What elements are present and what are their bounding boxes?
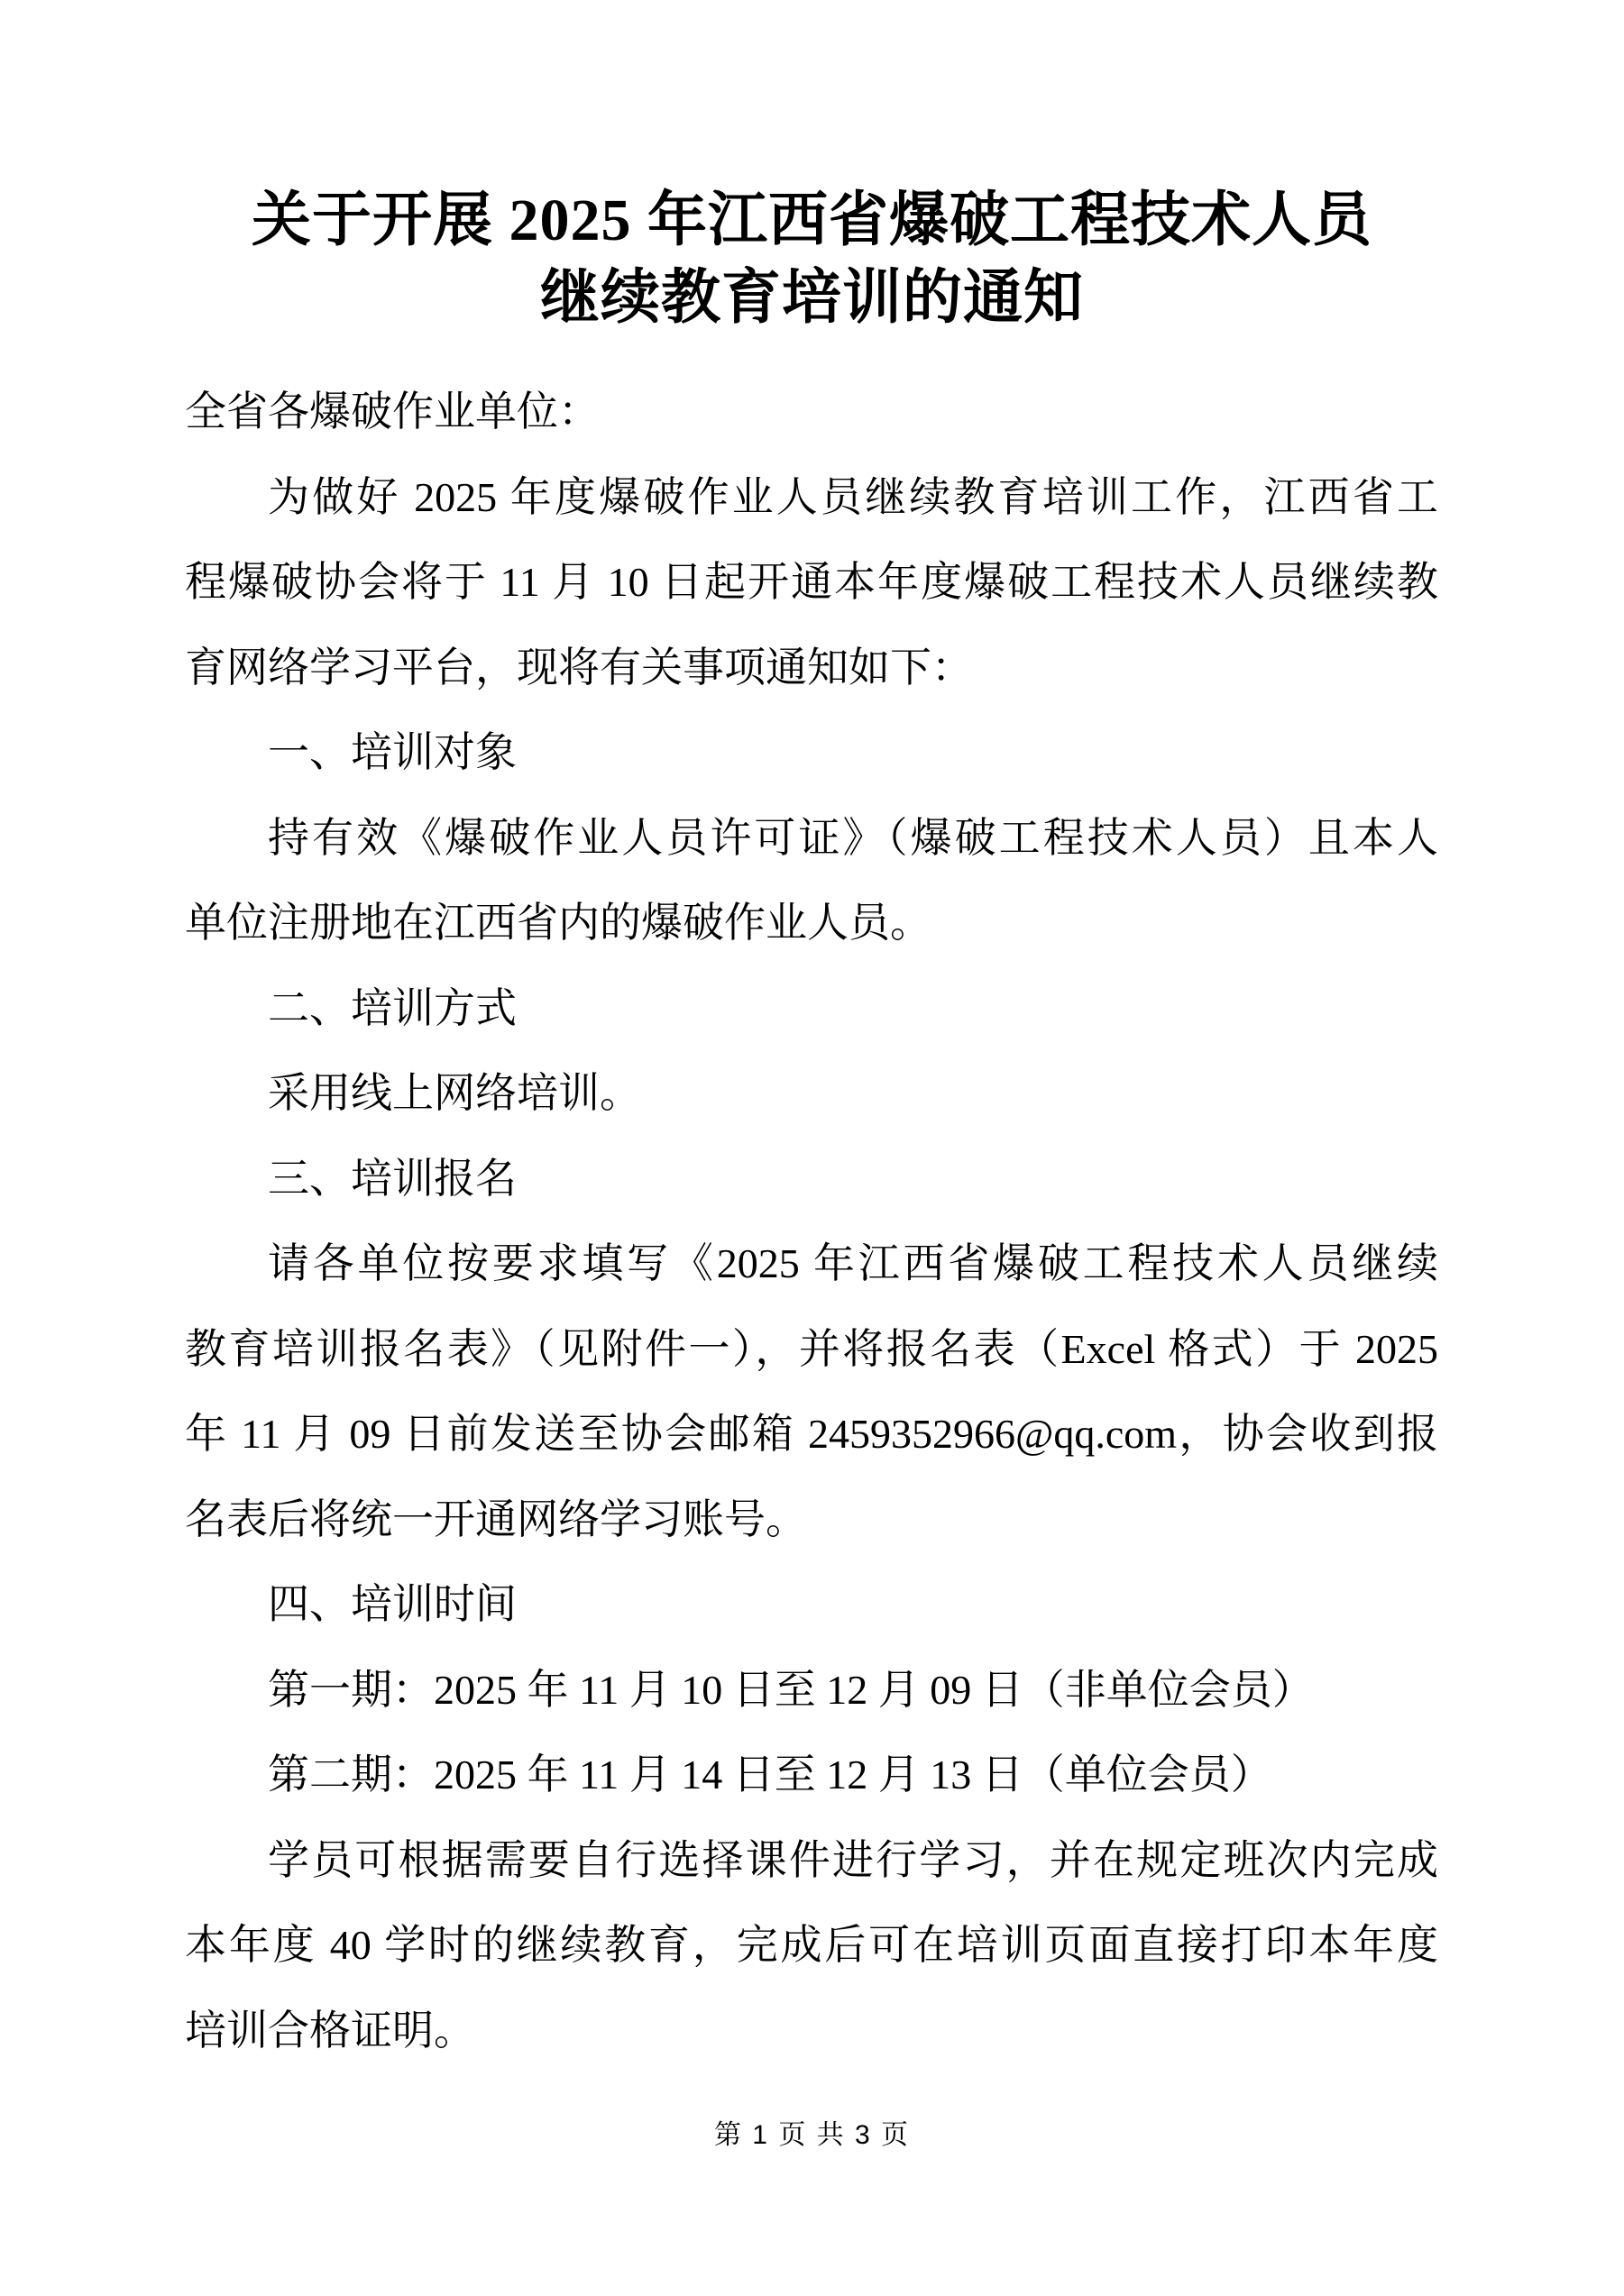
body-line: 学员可根据需要自行选择课件进行学习，并在规定班次内完成 [185,1818,1438,1904]
document-title: 关于开展 2025 年江西省爆破工程技术人员 继续教育培训的通知 [0,182,1624,337]
page-number-indicator: 第 1 页 共 3 页 [0,2117,1624,2154]
body-line: 请各单位按要求填写《2025 年江西省爆破工程技术人员继续 [185,1221,1438,1307]
body-line: 持有效《爆破作业人员许可证》（爆破工程技术人员）且本人 [185,796,1438,882]
body-line: 单位注册地在江西省内的爆破作业人员。 [185,881,1438,966]
body-line: 教育培训报名表》（见附件一），并将报名表（Excel 格式）于 2025 [185,1307,1438,1393]
document-body: 全省各爆破作业单位： 为做好 2025 年度爆破作业人员继续教育培训工作，江西省… [185,370,1438,2073]
notice-document-page: 关于开展 2025 年江西省爆破工程技术人员 继续教育培训的通知 全省各爆破作业… [0,0,1624,2296]
body-line: 为做好 2025 年度爆破作业人员继续教育培训工作，江西省工 [185,455,1438,541]
document-title-line-2: 继续教育培训的通知 [0,260,1624,337]
section-heading: 一、培训对象 [185,710,1438,796]
section-heading: 二、培训方式 [185,966,1438,1052]
body-line: 年 11 月 09 日前发送至协会邮箱 2459352966@qq.com，协会… [185,1392,1438,1477]
body-line: 名表后将统一开通网络学习账号。 [185,1477,1438,1563]
body-line: 第一期：2025 年 11 月 10 日至 12 月 09 日（非单位会员） [185,1648,1438,1733]
body-line: 第二期：2025 年 11 月 14 日至 12 月 13 日（单位会员） [185,1733,1438,1818]
document-title-line-1: 关于开展 2025 年江西省爆破工程技术人员 [0,182,1624,260]
section-heading: 四、培训时间 [185,1562,1438,1648]
body-line: 育网络学习平台，现将有关事项通知如下： [185,626,1438,711]
body-line: 程爆破协会将于 11 月 10 日起开通本年度爆破工程技术人员继续教 [185,540,1438,626]
body-line: 采用线上网络培训。 [185,1051,1438,1137]
section-heading: 三、培训报名 [185,1137,1438,1222]
body-line: 培训合格证明。 [185,1989,1438,2074]
body-line: 本年度 40 学时的继续教育，完成后可在培训页面直接打印本年度 [185,1903,1438,1989]
salutation-line: 全省各爆破作业单位： [185,370,1438,455]
